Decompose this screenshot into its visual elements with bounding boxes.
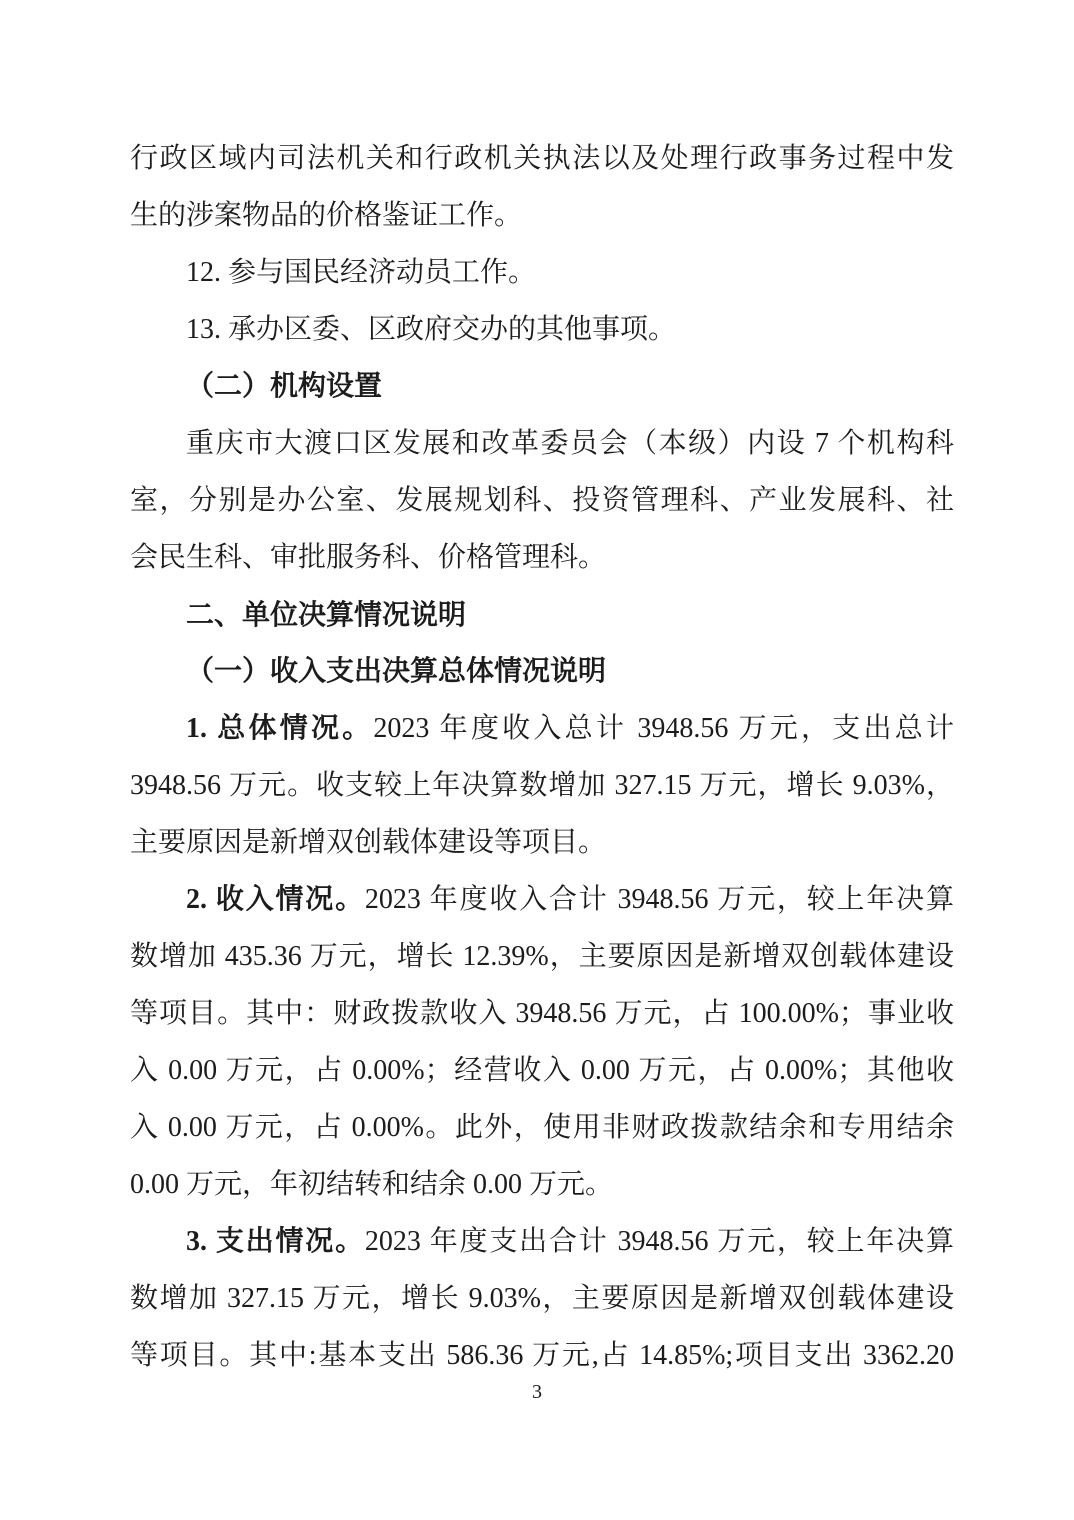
text-line: 二、单位决算情况说明: [130, 586, 954, 643]
paragraph: 1. 总体情况。2023 年度收入总计 3948.56 万元，支出总计3948.…: [130, 700, 954, 871]
text-line: 生的涉案物品的价格鉴证工作。: [130, 187, 954, 244]
text-segment: 行政区域内司法机关和行政机关执法以及处理行政事务过程中发: [130, 143, 954, 174]
document-page: 行政区域内司法机关和行政机关执法以及处理行政事务过程中发生的涉案物品的价格鉴证工…: [0, 0, 1074, 1520]
paragraph: 重庆市大渡口区发展和改革委员会（本级）内设 7 个机构科室，分别是办公室、发展规…: [130, 415, 954, 586]
text-segment: 生的涉案物品的价格鉴证工作。: [130, 200, 522, 231]
page-number: 3: [0, 1378, 1074, 1406]
text-segment: 2. 收入情况。: [186, 884, 365, 915]
text-line: （一）收入支出决算总体情况说明: [130, 643, 954, 700]
paragraph: 12. 参与国民经济动员工作。: [130, 244, 954, 301]
text-line: 行政区域内司法机关和行政机关执法以及处理行政事务过程中发: [130, 130, 954, 187]
text-segment: 2023 年度收入总计 3948.56 万元，支出总计: [373, 713, 954, 744]
text-line: 3. 支出情况。2023 年度支出合计 3948.56 万元，较上年决算: [130, 1213, 954, 1270]
text-segment: 等项目。其中:基本支出 586.36 万元,占 14.85%;项目支出 3362…: [130, 1340, 954, 1371]
text-line: 重庆市大渡口区发展和改革委员会（本级）内设 7 个机构科: [130, 415, 954, 472]
text-segment: 重庆市大渡口区发展和改革委员会（本级）内设 7 个机构科: [186, 428, 954, 459]
text-segment: 等项目。其中：财政拨款收入 3948.56 万元，占 100.00%；事业收: [130, 998, 954, 1029]
text-segment: 二、单位决算情况说明: [186, 599, 466, 630]
text-segment: 13. 承办区委、区政府交办的其他事项。: [186, 314, 676, 345]
text-line: 入 0.00 万元，占 0.00%。此外，使用非财政拨款结余和专用结余: [130, 1099, 954, 1156]
text-segment: 入 0.00 万元，占 0.00%。此外，使用非财政拨款结余和专用结余: [130, 1112, 954, 1143]
text-line: 等项目。其中:基本支出 586.36 万元,占 14.85%;项目支出 3362…: [130, 1327, 954, 1384]
text-segment: 主要原因是新增双创载体建设等项目。: [130, 827, 606, 858]
text-segment: 1. 总体情况。: [186, 713, 373, 744]
text-line: 入 0.00 万元，占 0.00%；经营收入 0.00 万元，占 0.00%；其…: [130, 1042, 954, 1099]
text-line: （二）机构设置: [130, 358, 954, 415]
text-segment: 数增加 435.36 万元，增长 12.39%，主要原因是新增双创载体建设: [130, 941, 954, 972]
text-segment: 入 0.00 万元，占 0.00%；经营收入 0.00 万元，占 0.00%；其…: [130, 1055, 954, 1086]
text-line: 2. 收入情况。2023 年度收入合计 3948.56 万元，较上年决算: [130, 871, 954, 928]
text-line: 12. 参与国民经济动员工作。: [130, 244, 954, 301]
text-segment: （一）收入支出决算总体情况说明: [186, 656, 606, 687]
text-segment: 会民生科、审批服务科、价格管理科。: [130, 542, 606, 573]
text-segment: 0.00 万元，年初结转和结余 0.00 万元。: [130, 1169, 613, 1200]
text-line: 数增加 435.36 万元，增长 12.39%，主要原因是新增双创载体建设: [130, 928, 954, 985]
text-segment: 3. 支出情况。: [186, 1226, 365, 1257]
text-segment: （二）机构设置: [186, 371, 382, 402]
text-line: 13. 承办区委、区政府交办的其他事项。: [130, 301, 954, 358]
text-segment: 室，分别是办公室、发展规划科、投资管理科、产业发展科、社: [130, 485, 954, 516]
section-heading: （一）收入支出决算总体情况说明: [130, 643, 954, 700]
document-body: 行政区域内司法机关和行政机关执法以及处理行政事务过程中发生的涉案物品的价格鉴证工…: [130, 130, 954, 1384]
text-line: 0.00 万元，年初结转和结余 0.00 万元。: [130, 1156, 954, 1213]
text-segment: 3948.56 万元。收支较上年决算数增加 327.15 万元，增长 9.03%…: [130, 770, 954, 801]
text-segment: 2023 年度支出合计 3948.56 万元，较上年决算: [365, 1226, 954, 1257]
text-line: 会民生科、审批服务科、价格管理科。: [130, 529, 954, 586]
section-heading: （二）机构设置: [130, 358, 954, 415]
text-line: 室，分别是办公室、发展规划科、投资管理科、产业发展科、社: [130, 472, 954, 529]
text-line: 等项目。其中：财政拨款收入 3948.56 万元，占 100.00%；事业收: [130, 985, 954, 1042]
text-segment: 2023 年度收入合计 3948.56 万元，较上年决算: [365, 884, 954, 915]
text-line: 主要原因是新增双创载体建设等项目。: [130, 814, 954, 871]
paragraph: 2. 收入情况。2023 年度收入合计 3948.56 万元，较上年决算数增加 …: [130, 871, 954, 1213]
text-line: 3948.56 万元。收支较上年决算数增加 327.15 万元，增长 9.03%…: [130, 757, 954, 814]
text-line: 数增加 327.15 万元，增长 9.03%，主要原因是新增双创载体建设: [130, 1270, 954, 1327]
paragraph: 行政区域内司法机关和行政机关执法以及处理行政事务过程中发生的涉案物品的价格鉴证工…: [130, 130, 954, 244]
paragraph: 3. 支出情况。2023 年度支出合计 3948.56 万元，较上年决算数增加 …: [130, 1213, 954, 1384]
text-segment: 数增加 327.15 万元，增长 9.03%，主要原因是新增双创载体建设: [130, 1283, 954, 1314]
text-segment: 12. 参与国民经济动员工作。: [186, 257, 536, 288]
paragraph: 13. 承办区委、区政府交办的其他事项。: [130, 301, 954, 358]
text-line: 1. 总体情况。2023 年度收入总计 3948.56 万元，支出总计: [130, 700, 954, 757]
section-heading: 二、单位决算情况说明: [130, 586, 954, 643]
